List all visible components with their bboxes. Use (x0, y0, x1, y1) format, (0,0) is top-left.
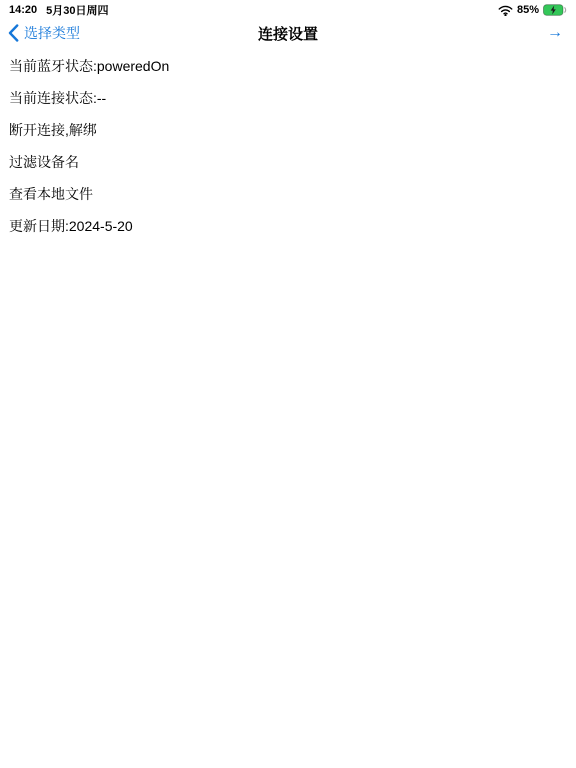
screen: 14:20 5月30日周四 85% (0, 0, 576, 768)
disconnect-unbind-row[interactable]: 断开连接,解绑 (0, 114, 576, 146)
status-indicators: 85% (498, 4, 567, 16)
content-list: 当前蓝牙状态:poweredOn 当前连接状态:-- 断开连接,解绑 过滤设备名… (0, 50, 576, 242)
update-date-label: 更新日期:2024-5-20 (9, 216, 133, 236)
back-button[interactable]: 选择类型 (8, 19, 80, 47)
back-chevron-icon (8, 24, 19, 42)
connection-status-label: 当前连接状态:-- (9, 88, 106, 108)
disconnect-unbind-label: 断开连接,解绑 (9, 120, 97, 140)
view-local-files-label: 查看本地文件 (9, 184, 93, 204)
status-bar: 14:20 5月30日周四 85% (0, 0, 576, 18)
status-time-date: 14:20 5月30日周四 (9, 2, 109, 18)
back-button-label: 选择类型 (24, 23, 80, 43)
status-date: 5月30日周四 (46, 2, 108, 18)
forward-arrow-icon: → (547, 24, 563, 42)
filter-device-name-row[interactable]: 过滤设备名 (0, 146, 576, 178)
nav-bar: 选择类型 连接设置 → (0, 19, 576, 47)
battery-percent: 85% (517, 4, 539, 16)
status-time: 14:20 (9, 4, 37, 16)
page-title: 连接设置 (0, 19, 576, 47)
forward-arrow-button[interactable]: → (547, 19, 563, 47)
battery-charging-icon (543, 4, 567, 16)
bluetooth-status-row: 当前蓝牙状态:poweredOn (0, 50, 576, 82)
wifi-icon (498, 5, 513, 16)
connection-status-row: 当前连接状态:-- (0, 82, 576, 114)
filter-device-name-label: 过滤设备名 (9, 152, 79, 172)
view-local-files-row[interactable]: 查看本地文件 (0, 178, 576, 210)
update-date-row: 更新日期:2024-5-20 (0, 210, 576, 242)
bluetooth-status-label: 当前蓝牙状态:poweredOn (9, 56, 169, 76)
